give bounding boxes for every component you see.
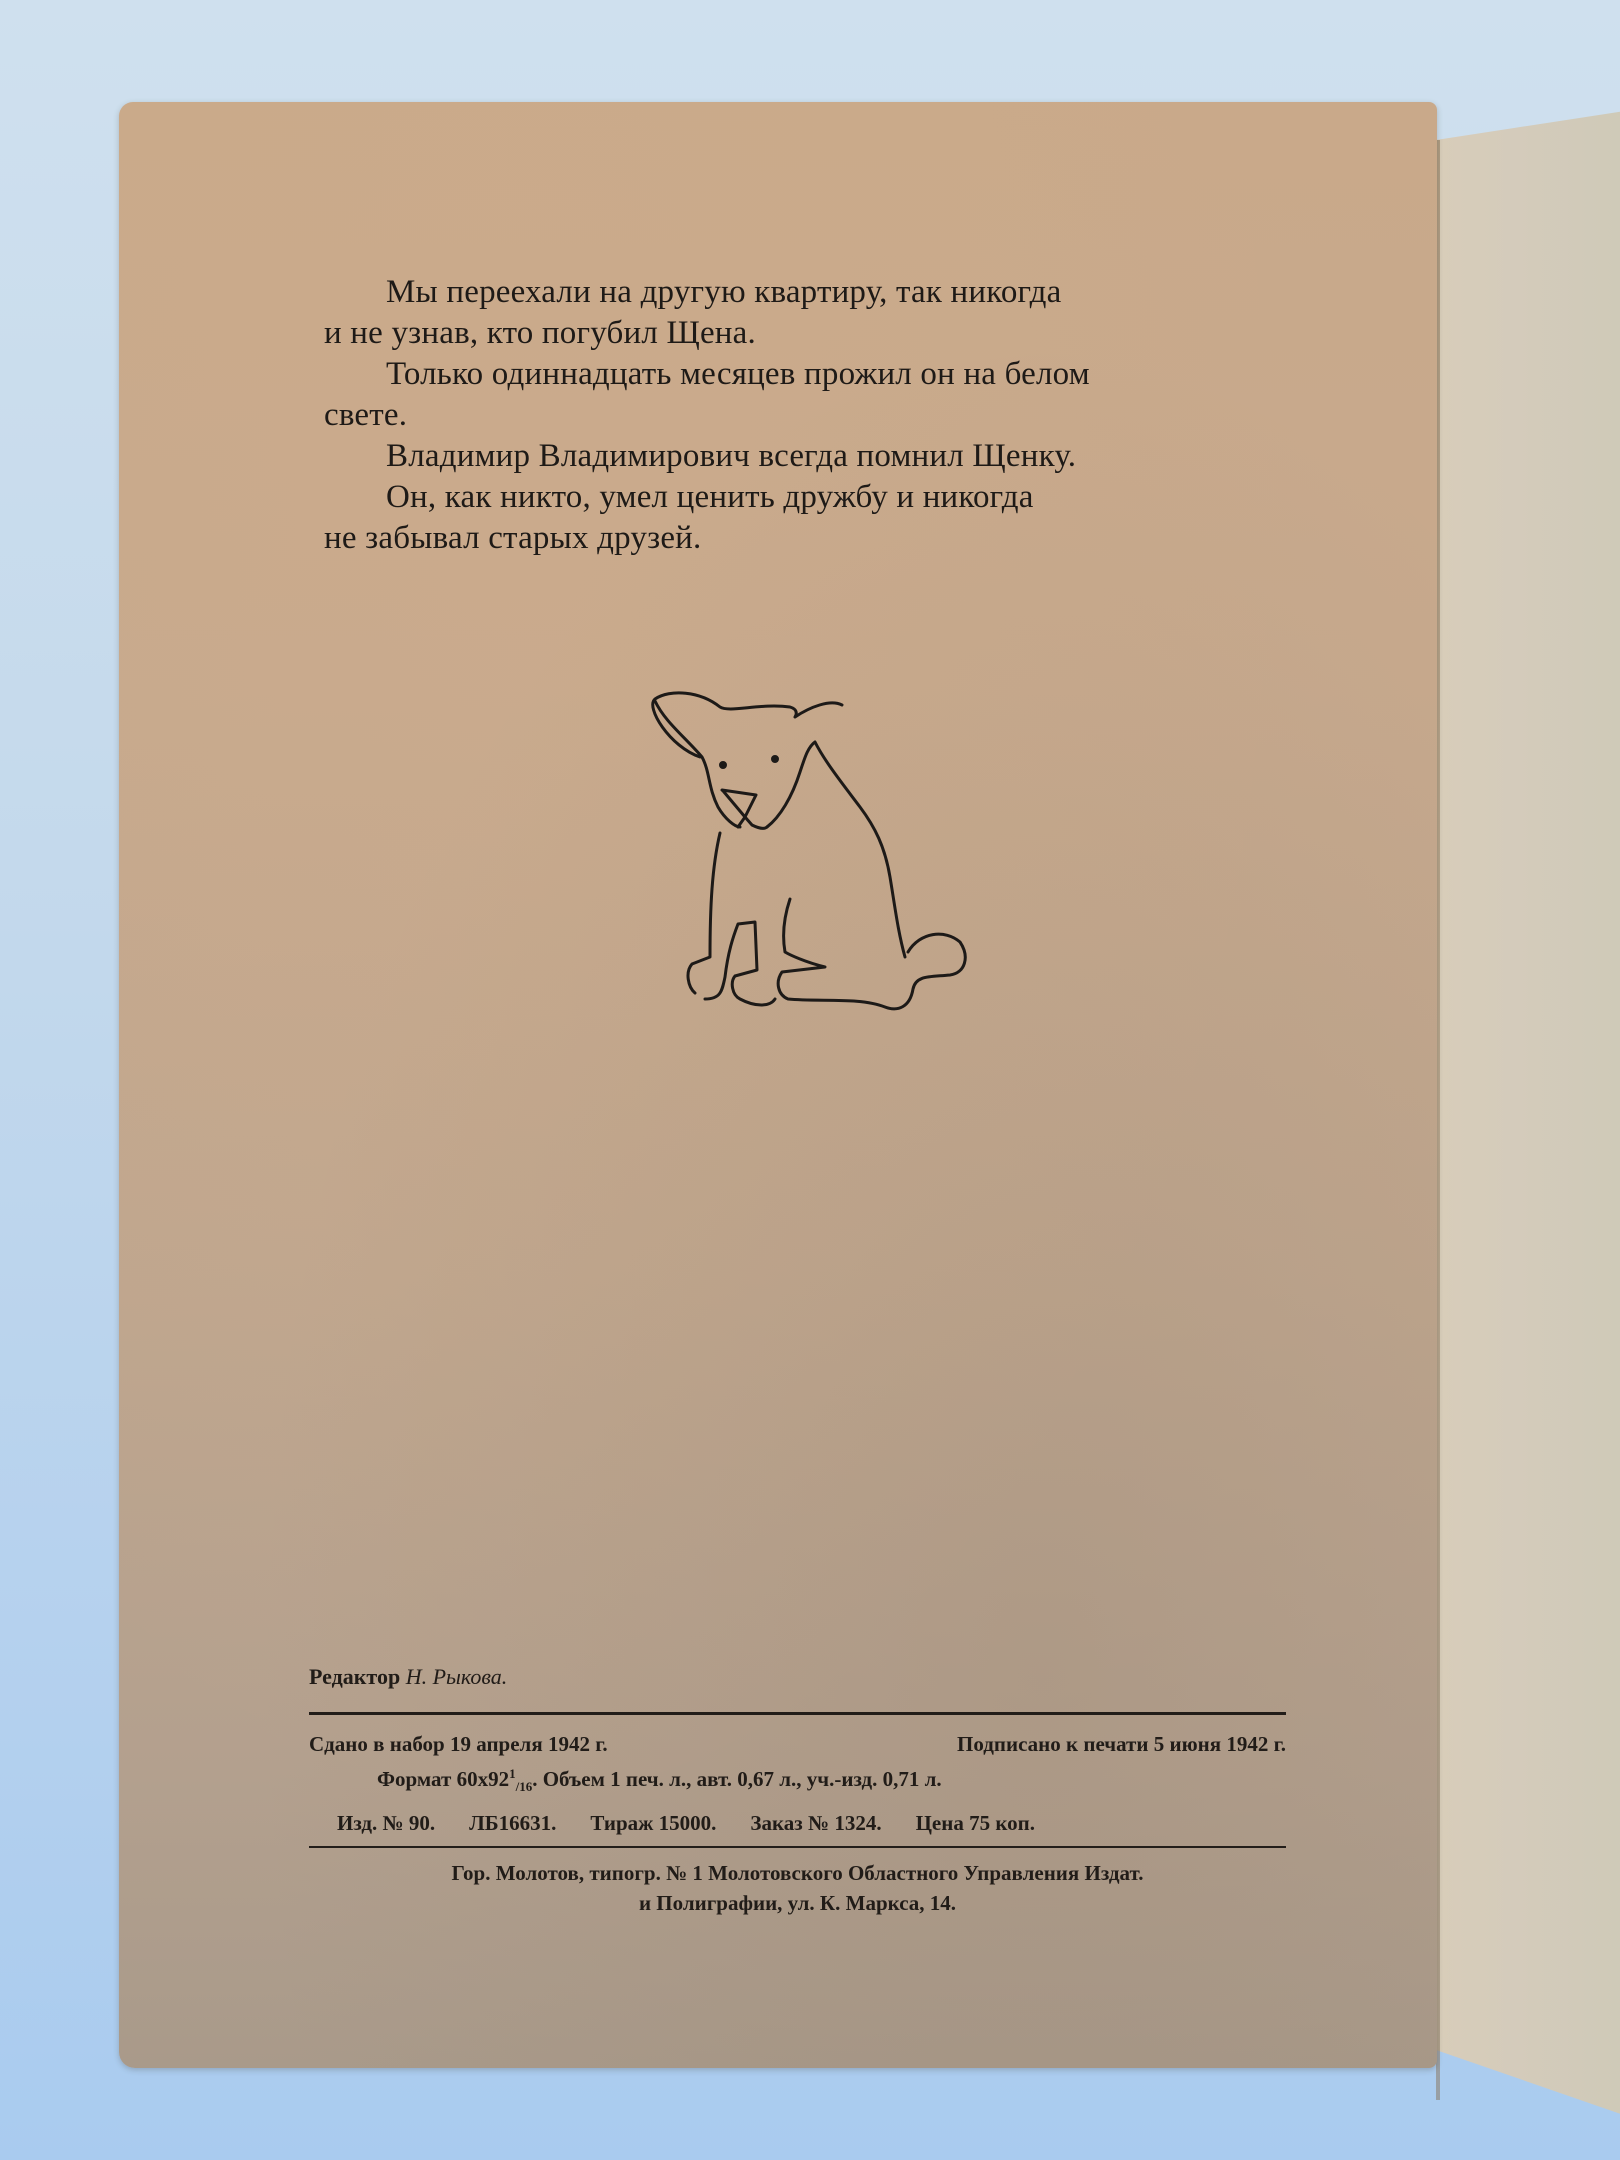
paragraph-3: Владимир Владимирович всегда помнил Щенк… <box>324 436 1424 477</box>
divider-top <box>309 1712 1286 1715</box>
print-run: Тираж 15000. <box>590 1808 716 1838</box>
paragraph-4: Он, как никто, умел ценить дружбу и нико… <box>324 477 1424 559</box>
imprint-dates: Сдано в набор 19 апреля 1942 г. Подписан… <box>309 1729 1286 1759</box>
paragraph-1: Мы переехали на другую квартиру, так ник… <box>324 272 1424 354</box>
paragraph-1-line-1: Мы переехали на другую квартиру, так ник… <box>386 274 1061 310</box>
imprint-numbers: Изд. № 90. ЛБ16631. Тираж 15000. Заказ №… <box>309 1808 1314 1838</box>
book-page: Мы переехали на другую квартиру, так ник… <box>119 102 1437 2068</box>
paragraph-4-line-2: не забывал старых друзей. <box>324 520 702 556</box>
editor-label: Редактор <box>309 1664 400 1689</box>
signed-date: Подписано к печати 5 июня 1942 г. <box>957 1729 1286 1759</box>
format-sub: /16 <box>516 1779 533 1794</box>
format-label: Формат 60x92 <box>377 1767 509 1791</box>
paragraph-2: Только одиннадцать месяцев прожил он на … <box>324 354 1424 436</box>
paragraph-2-line-1: Только одиннадцать месяцев прожил он на … <box>386 356 1090 392</box>
imprint-block: Редактор Н. Рыкова. Сдано в набор 19 апр… <box>309 1664 1409 1918</box>
body-text: Мы переехали на другую квартиру, так ник… <box>324 272 1424 559</box>
puppy-drawing-icon <box>630 677 980 1017</box>
censor-code: ЛБ16631. <box>469 1808 556 1838</box>
editor-name: Н. Рыкова. <box>406 1664 508 1689</box>
paragraph-3-line-1: Владимир Владимирович всегда помнил Щенк… <box>386 438 1076 474</box>
divider-bottom <box>309 1846 1286 1848</box>
next-page <box>1436 100 1620 2140</box>
paragraph-1-line-2: и не узнав, кто погубил Щена. <box>324 315 756 351</box>
price: Цена 75 коп. <box>916 1808 1035 1838</box>
imprint-format: Формат 60x921/16. Объем 1 печ. л., авт. … <box>309 1759 1286 1802</box>
publication-number: Изд. № 90. <box>337 1808 435 1838</box>
printer-line-2: и Полиграфии, ул. К. Маркса, 14. <box>309 1888 1286 1918</box>
order-number: Заказ № 1324. <box>750 1808 881 1838</box>
typeset-date: Сдано в набор 19 апреля 1942 г. <box>309 1729 608 1759</box>
editor-credit: Редактор Н. Рыкова. <box>309 1664 1409 1690</box>
printer-line-1: Гор. Молотов, типогр. № 1 Молотовского О… <box>309 1858 1286 1888</box>
volume-info: . Объем 1 печ. л., авт. 0,67 л., уч.-изд… <box>532 1767 941 1791</box>
paragraph-2-line-2: свете. <box>324 397 407 433</box>
paragraph-4-line-1: Он, как никто, умел ценить дружбу и нико… <box>386 479 1034 515</box>
